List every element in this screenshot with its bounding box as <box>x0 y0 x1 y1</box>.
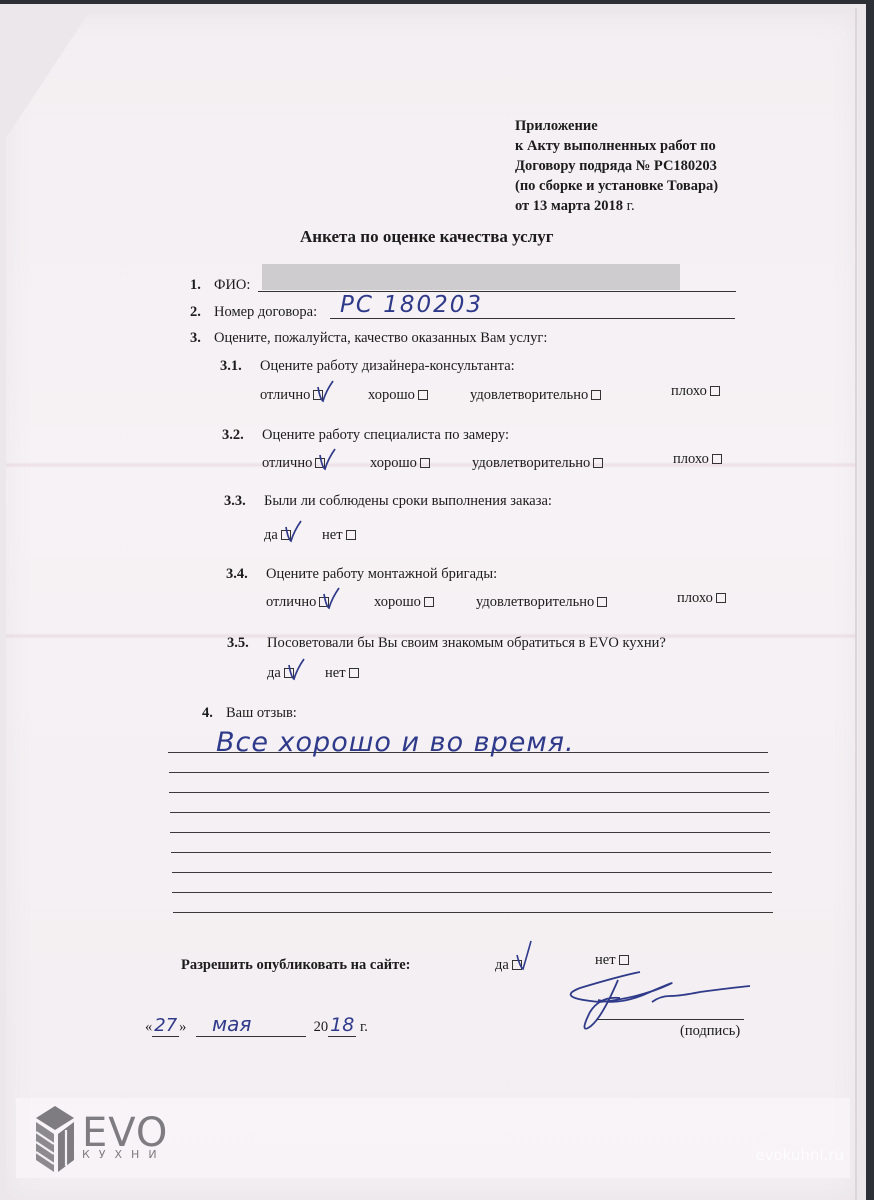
option-1-1[interactable]: отлично <box>260 387 323 404</box>
checkbox[interactable] <box>284 668 294 678</box>
year-suffix: г. <box>360 1019 368 1035</box>
option-label: отлично <box>266 594 316 610</box>
option-label: да <box>495 957 509 973</box>
sub-question-3-1: 3.1.Оцените работу дизайнера-консультант… <box>220 358 515 375</box>
option-2-3[interactable]: удовлетворительно <box>472 455 603 472</box>
question-fio: 1.ФИО: <box>190 277 250 294</box>
checkbox[interactable] <box>319 597 329 607</box>
question-number: 4. <box>202 705 226 722</box>
appendix-line: Договору подряда № РС180203 <box>515 156 718 176</box>
sub-question-number: 3.1. <box>220 358 260 375</box>
option-3-1[interactable]: да <box>264 527 291 544</box>
option-label: да <box>264 527 278 543</box>
option-4-4[interactable]: плохо <box>677 590 726 607</box>
question-number: 2. <box>190 304 214 321</box>
appendix-line: (по сборке и установке Товара) <box>515 176 718 196</box>
year-prefix: 20 <box>314 1019 329 1035</box>
option-label: отлично <box>260 387 310 403</box>
sub-question-label: Оцените работу дизайнера-консультанта: <box>260 358 515 374</box>
publish-option-yes[interactable]: да <box>495 957 522 974</box>
option-1-4[interactable]: плохо <box>671 383 720 400</box>
checkmark-icon <box>284 519 302 543</box>
checkbox[interactable] <box>597 597 607 607</box>
option-1-2[interactable]: хорошо <box>368 387 428 404</box>
checkbox[interactable] <box>716 593 726 603</box>
question-rate: 3.Оцените, пожалуйста, качество оказанны… <box>190 330 547 347</box>
brand-subtitle: КУХНИ <box>82 1148 166 1161</box>
option-1-3[interactable]: удовлетворительно <box>470 387 601 404</box>
checkmark-icon <box>515 949 533 973</box>
checkbox[interactable] <box>712 454 722 464</box>
question-label: Номер договора: <box>214 304 317 320</box>
option-label: плохо <box>677 590 713 606</box>
date-day[interactable]: 27 <box>152 1015 179 1037</box>
sub-question-number: 3.2. <box>222 427 262 444</box>
sub-question-3-5: 3.5.Посоветовали бы Вы своим знакомым об… <box>227 635 666 652</box>
option-2-2[interactable]: хорошо <box>370 455 430 472</box>
sub-question-number: 3.4. <box>226 566 266 583</box>
option-label: плохо <box>673 451 709 467</box>
date-field: «27» мая 2018 г. <box>145 1012 368 1037</box>
option-5-1[interactable]: да <box>267 665 294 682</box>
checkbox[interactable] <box>346 530 356 540</box>
checkmark-icon <box>322 586 340 610</box>
checkbox[interactable] <box>420 458 430 468</box>
appendix-date-tail: г. <box>623 198 635 214</box>
question-number: 1. <box>190 277 214 294</box>
form-title: Анкета по оценке качества услуг <box>300 227 553 247</box>
sub-question-number: 3.5. <box>227 635 267 652</box>
option-label: удовлетворительно <box>470 387 588 403</box>
option-label: удовлетворительно <box>476 594 594 610</box>
question-label: Ваш отзыв: <box>226 705 297 721</box>
option-label: да <box>267 665 281 681</box>
question-number: 3. <box>190 330 214 347</box>
checkbox[interactable] <box>313 390 323 400</box>
fio-field[interactable] <box>258 291 736 292</box>
contract-field[interactable] <box>330 318 735 319</box>
question-label: Оцените, пожалуйста, качество оказанных … <box>214 330 547 346</box>
appendix-header: Приложение к Акту выполненных работ по Д… <box>515 116 718 216</box>
page-edge <box>855 8 857 1200</box>
checkmark-icon <box>318 447 336 471</box>
fold-line <box>6 462 856 468</box>
contract-number-handwritten: PC 180203 <box>340 292 483 318</box>
checkbox[interactable] <box>710 386 720 396</box>
feedback-line[interactable] <box>170 832 770 833</box>
option-label: хорошо <box>370 455 417 471</box>
feedback-line[interactable] <box>169 772 769 773</box>
evo-watermark: EVO КУХНИ evokuhni.ru <box>16 1098 850 1178</box>
checkbox[interactable] <box>512 960 522 970</box>
checkbox[interactable] <box>281 530 291 540</box>
redacted-name <box>262 264 680 290</box>
checkmark-icon <box>316 379 334 403</box>
option-3-2[interactable]: нет <box>322 527 356 544</box>
option-label: удовлетворительно <box>472 455 590 471</box>
option-5-2[interactable]: нет <box>325 665 359 682</box>
option-label: хорошо <box>374 594 421 610</box>
brand-name: EVO <box>82 1113 168 1153</box>
signature-caption: (подпись) <box>680 1023 740 1040</box>
sub-question-number: 3.3. <box>224 493 264 510</box>
feedback-line[interactable] <box>172 872 772 873</box>
site-url: evokuhni.ru <box>755 1146 844 1164</box>
checkbox[interactable] <box>593 458 603 468</box>
feedback-line[interactable] <box>169 792 769 793</box>
sub-question-label: Посоветовали бы Вы своим знакомым обрати… <box>267 635 666 651</box>
checkbox[interactable] <box>315 458 325 468</box>
sub-question-3-2: 3.2.Оцените работу специалиста по замеру… <box>222 427 509 444</box>
checkbox[interactable] <box>418 390 428 400</box>
date-month[interactable]: мая <box>196 1012 306 1037</box>
sub-question-label: Оцените работу монтажной бригады: <box>266 566 497 582</box>
option-2-1[interactable]: отлично <box>262 455 325 472</box>
appendix-line: к Акту выполненных работ по <box>515 136 718 156</box>
option-label: нет <box>322 527 343 543</box>
option-2-4[interactable]: плохо <box>673 451 722 468</box>
feedback-handwritten: Все хорошо и во время. <box>216 727 575 758</box>
checkbox[interactable] <box>349 668 359 678</box>
feedback-line[interactable] <box>170 812 770 813</box>
option-label: хорошо <box>368 387 415 403</box>
sub-question-3-4: 3.4.Оцените работу монтажной бригады: <box>226 566 497 583</box>
feedback-line[interactable] <box>173 912 773 913</box>
checkbox[interactable] <box>424 597 434 607</box>
sub-question-label: Были ли соблюдены сроки выполнения заказ… <box>264 493 552 509</box>
option-4-1[interactable]: отлично <box>266 594 329 611</box>
appendix-date: от 13 марта 2018 <box>515 198 623 214</box>
option-4-3[interactable]: удовлетворительно <box>476 594 607 611</box>
feedback-line[interactable] <box>171 852 771 853</box>
feedback-line[interactable] <box>172 892 772 893</box>
date-year[interactable]: 18 <box>328 1014 356 1037</box>
appendix-line: Приложение <box>515 116 718 136</box>
option-4-2[interactable]: хорошо <box>374 594 434 611</box>
sub-question-3-3: 3.3.Были ли соблюдены сроки выполнения з… <box>224 493 552 510</box>
quote: » <box>179 1019 186 1035</box>
checkbox[interactable] <box>591 390 601 400</box>
option-label: плохо <box>671 383 707 399</box>
publish-label: Разрешить опубликовать на сайте: <box>181 957 411 974</box>
question-contract: 2.Номер договора: <box>190 304 317 321</box>
option-label: отлично <box>262 455 312 471</box>
option-label: нет <box>325 665 346 681</box>
question-label: ФИО: <box>214 277 250 293</box>
checkmark-icon <box>287 657 305 681</box>
evo-logo-icon <box>34 1104 76 1174</box>
sub-question-label: Оцените работу специалиста по замеру: <box>262 427 509 443</box>
question-feedback: 4.Ваш отзыв: <box>202 705 297 722</box>
